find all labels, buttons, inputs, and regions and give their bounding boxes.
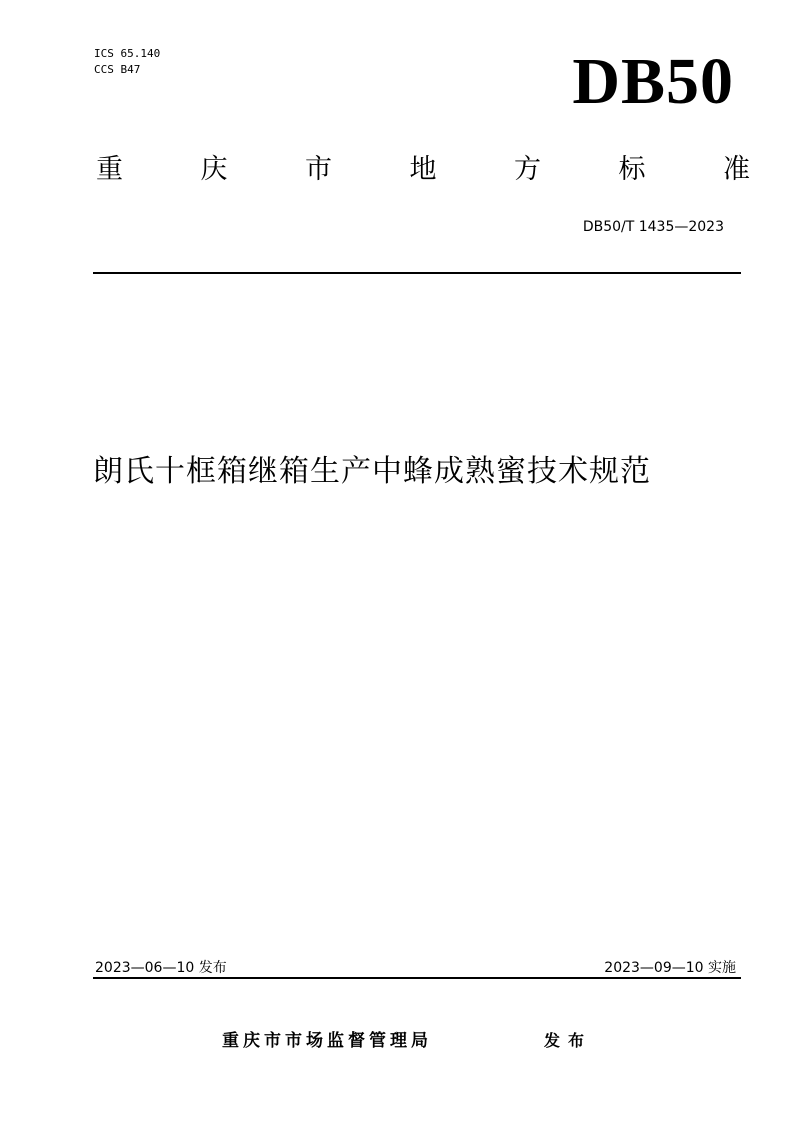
category-char: 地 [410, 150, 437, 190]
top-divider [93, 272, 741, 274]
ics-code: ICS 65.140 [94, 46, 160, 62]
ccs-code: CCS B47 [94, 62, 160, 78]
issuing-authority: 重庆市市场监督管理局 [222, 1028, 432, 1054]
db-code-mark: DB50 [572, 46, 734, 118]
category-char: 标 [619, 150, 646, 190]
category-char: 准 [723, 150, 750, 190]
publish-date: 2023—06—10 发布 [95, 958, 227, 978]
effective-date: 2023—09—10 实施 [604, 958, 736, 978]
classification-codes: ICS 65.140 CCS B47 [94, 46, 160, 78]
issued-label: 发布 [544, 1028, 592, 1054]
category-char: 重 [96, 150, 123, 190]
standard-category-heading: 重 庆 市 地 方 标 准 [96, 150, 750, 190]
category-char: 市 [305, 150, 332, 190]
document-title: 朗氏十框箱继箱生产中蜂成熟蜜技术规范 [93, 450, 651, 494]
category-char: 庆 [201, 150, 228, 190]
bottom-divider [93, 977, 741, 979]
standard-number: DB50/T 1435—2023 [583, 218, 724, 236]
category-char: 方 [514, 150, 541, 190]
